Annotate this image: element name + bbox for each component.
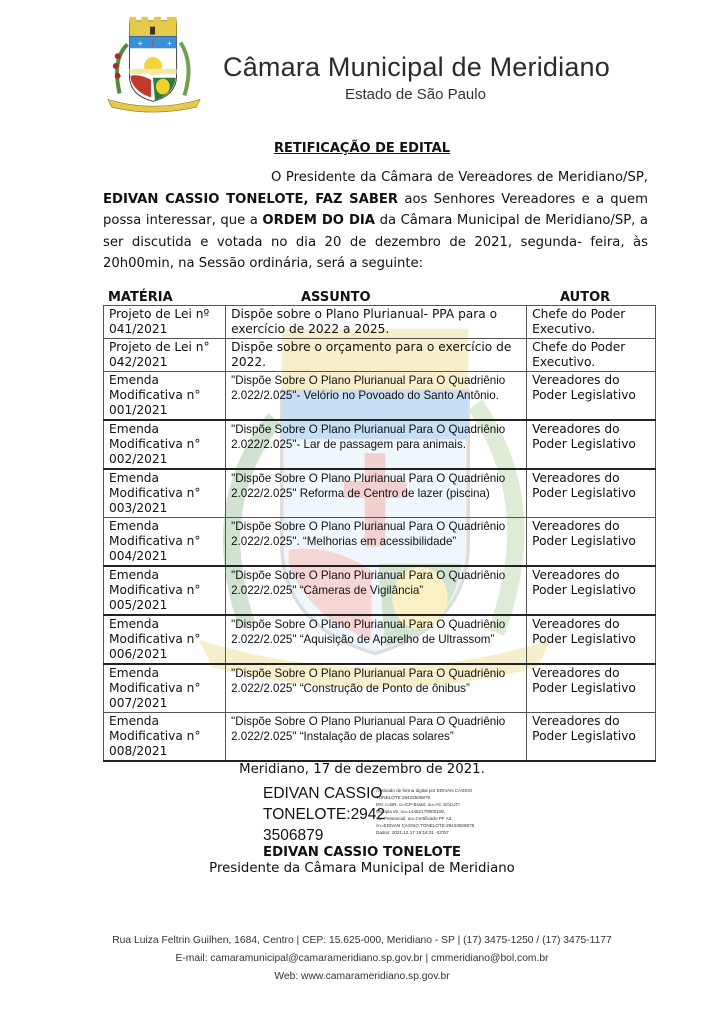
cell-autor: Chefe do Poder Executivo. <box>527 339 656 372</box>
cell-autor: Chefe do Poder Executivo. <box>527 306 656 339</box>
cell-materia: Emenda Modificativa n° 008/2021 <box>104 713 226 762</box>
table-row: Emenda Modificativa n° 005/2021"Dispõe S… <box>104 566 656 615</box>
table-row: Emenda Modificativa n° 001/2021"Dispõe S… <box>104 372 656 421</box>
cell-autor: Vereadores do Poder Legislativo <box>527 615 656 664</box>
digital-signature-metadata: Assinado de forma digital por EDIVAN CAS… <box>376 787 511 836</box>
digital-signature-name: EDIVAN CASSIO TONELOTE:2942 3506879 <box>263 783 385 846</box>
cell-assunto: "Dispõe Sobre O Plano Plurianual Para O … <box>226 469 527 518</box>
notice-paragraph: O Presidente da Câmara de Vereadores de … <box>103 167 648 275</box>
signature-meta-line: Assinado de forma digital por EDIVAN CAS… <box>376 787 511 794</box>
signature-meta-line: ou=Presencial, ou=Certificado PF A3, <box>376 815 511 822</box>
svg-text:+: + <box>167 39 173 47</box>
footer-email: E-mail: camaramunicipal@camarameridiano.… <box>0 953 724 964</box>
cell-autor: Vereadores do Poder Legislativo <box>527 518 656 567</box>
order-of-day-emphasis: ORDEM DO DIA <box>262 213 375 228</box>
cell-materia: Emenda Modificativa n° 006/2021 <box>104 615 226 664</box>
cell-materia: Emenda Modificativa n° 004/2021 <box>104 518 226 567</box>
signature-name-line: TONELOTE:2942 <box>263 804 385 825</box>
cell-materia: Emenda Modificativa n° 007/2021 <box>104 664 226 713</box>
cell-autor: Vereadores do Poder Legislativo <box>527 420 656 469</box>
cell-assunto: Dispõe sobre o orçamento para o exercíci… <box>226 339 527 372</box>
cell-assunto: "Dispõe Sobre O Plano Plurianual Para O … <box>226 664 527 713</box>
signature-meta-line: Dados: 2021.12.17 19:16:31 -03'00' <box>376 829 511 836</box>
cell-materia: Emenda Modificativa n° 002/2021 <box>104 420 226 469</box>
svg-text:+: + <box>137 39 143 47</box>
signature-meta-line: Multipla v5, ou=14482179000190, <box>376 808 511 815</box>
column-header-assunto: ASSUNTO <box>301 290 371 305</box>
column-header-materia: MATÉRIA <box>108 290 173 305</box>
signature-name-line: 3506879 <box>263 825 385 846</box>
president-name-emphasis: EDIVAN CASSIO TONELOTE, FAZ SABER <box>103 192 398 207</box>
cell-materia: Emenda Modificativa n° 003/2021 <box>104 469 226 518</box>
svg-text:†: † <box>151 39 155 48</box>
date-line: Meridiano, 17 de dezembro de 2021. <box>0 762 724 777</box>
document-title: RETIFICAÇÃO DE EDITAL <box>0 141 724 156</box>
signature-name-line: EDIVAN CASSIO <box>263 783 385 804</box>
signature-meta-line: cn=EDIVAN CASSIO TONELOTE:29423506879 <box>376 822 511 829</box>
institution-title: Câmara Municipal de Meridiano <box>223 52 610 83</box>
table-row: Emenda Modificativa n° 004/2021"Dispõe S… <box>104 518 656 567</box>
cell-materia: Emenda Modificativa n° 001/2021 <box>104 372 226 421</box>
footer-web: Web: www.camarameridiano.sp.gov.br <box>0 971 724 982</box>
table-row: Emenda Modificativa n° 003/2021"Dispõe S… <box>104 469 656 518</box>
cell-assunto: "Dispõe Sobre O Plano Plurianual Para O … <box>226 615 527 664</box>
signature-meta-line: TONELOTE:29423506879 <box>376 794 511 801</box>
paragraph-text: O Presidente da Câmara de Vereadores de … <box>271 170 648 185</box>
cell-assunto: "Dispõe Sobre O Plano Plurianual Para O … <box>226 518 527 567</box>
signature-meta-line: DN: c=BR, o=ICP-Brasil, ou=AC SOLUTI <box>376 801 511 808</box>
cell-assunto: Dispõe sobre o Plano Plurianual- PPA par… <box>226 306 527 339</box>
cell-autor: Vereadores do Poder Legislativo <box>527 566 656 615</box>
table-row: Emenda Modificativa n° 008/2021"Dispõe S… <box>104 713 656 762</box>
table-row: Projeto de Lei n° 042/2021Dispõe sobre o… <box>104 339 656 372</box>
cell-autor: Vereadores do Poder Legislativo <box>527 469 656 518</box>
column-header-autor: AUTOR <box>560 290 610 305</box>
cell-autor: Vereadores do Poder Legislativo <box>527 713 656 762</box>
cell-materia: Projeto de Lei nº 041/2021 <box>104 306 226 339</box>
cell-assunto: "Dispõe Sobre O Plano Plurianual Para O … <box>226 420 527 469</box>
cell-autor: Vereadores do Poder Legislativo <box>527 664 656 713</box>
cell-materia: Projeto de Lei n° 042/2021 <box>104 339 226 372</box>
letterhead: +†+ Câmara Municipal de Meridiano Estado… <box>100 14 620 114</box>
cell-autor: Vereadores do Poder Legislativo <box>527 372 656 421</box>
coat-of-arms-logo: +†+ <box>100 14 208 114</box>
cell-assunto: "Dispõe Sobre O Plano Plurianual Para O … <box>226 372 527 421</box>
table-header: MATÉRIA ASSUNTO AUTOR <box>103 290 656 306</box>
agenda-table: Projeto de Lei nº 041/2021Dispõe sobre o… <box>103 305 656 762</box>
footer-address: Rua Luiza Feltrin Guilhen, 1684, Centro … <box>0 935 724 946</box>
cell-assunto: "Dispõe Sobre O Plano Plurianual Para O … <box>226 713 527 762</box>
signer-role: Presidente da Câmara Municipal de Meridi… <box>0 861 724 876</box>
cell-materia: Emenda Modificativa n° 005/2021 <box>104 566 226 615</box>
table-row: Emenda Modificativa n° 006/2021"Dispõe S… <box>104 615 656 664</box>
table-row: Projeto de Lei nº 041/2021Dispõe sobre o… <box>104 306 656 339</box>
signer-name: EDIVAN CASSIO TONELOTE <box>0 845 724 860</box>
institution-subtitle: Estado de São Paulo <box>345 86 486 103</box>
cell-assunto: "Dispõe Sobre O Plano Plurianual Para O … <box>226 566 527 615</box>
table-row: Emenda Modificativa n° 002/2021"Dispõe S… <box>104 420 656 469</box>
table-row: Emenda Modificativa n° 007/2021"Dispõe S… <box>104 664 656 713</box>
